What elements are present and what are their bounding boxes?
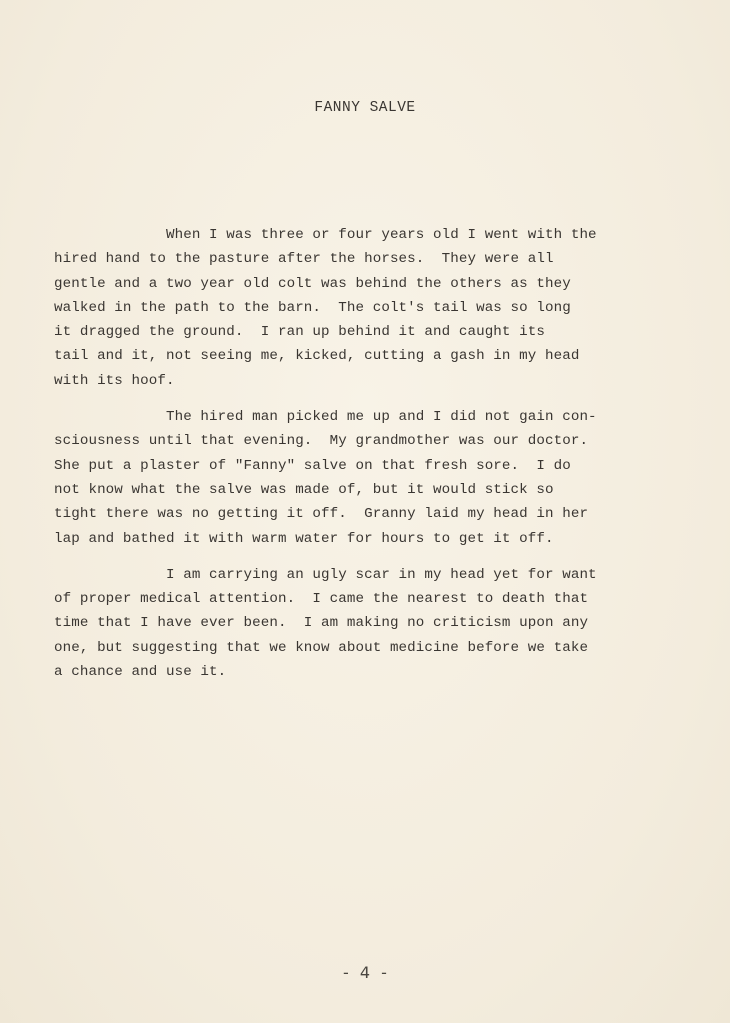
text-line: not know what the salve was made of, but… [54, 478, 684, 502]
document-title: FANNY SALVE [0, 100, 730, 116]
paragraph-3: I am carrying an ugly scar in my head ye… [54, 563, 684, 684]
paragraph-2: The hired man picked me up and I did not… [54, 405, 684, 551]
text-line: When I was three or four years old I wen… [54, 223, 684, 247]
text-line: tight there was no getting it off. Grann… [54, 502, 684, 526]
text-line: with its hoof. [54, 369, 684, 393]
text-line: lap and bathed it with warm water for ho… [54, 527, 684, 551]
text-line: tail and it, not seeing me, kicked, cutt… [54, 344, 684, 368]
text-line: sciousness until that evening. My grandm… [54, 429, 684, 453]
text-line: She put a plaster of "Fanny" salve on th… [54, 454, 684, 478]
text-line: a chance and use it. [54, 660, 684, 684]
paragraph-1: When I was three or four years old I wen… [54, 223, 684, 393]
text-line: The hired man picked me up and I did not… [54, 405, 684, 429]
page-number: - 4 - [0, 963, 730, 982]
text-line: walked in the path to the barn. The colt… [54, 296, 684, 320]
text-line: gentle and a two year old colt was behin… [54, 272, 684, 296]
document-body: When I was three or four years old I wen… [54, 223, 684, 696]
text-line: I am carrying an ugly scar in my head ye… [54, 563, 684, 587]
text-line: of proper medical attention. I came the … [54, 587, 684, 611]
text-line: it dragged the ground. I ran up behind i… [54, 320, 684, 344]
text-line: time that I have ever been. I am making … [54, 611, 684, 635]
typewritten-page: FANNY SALVE When I was three or four yea… [0, 0, 730, 1023]
text-line: one, but suggesting that we know about m… [54, 636, 684, 660]
text-line: hired hand to the pasture after the hors… [54, 247, 684, 271]
